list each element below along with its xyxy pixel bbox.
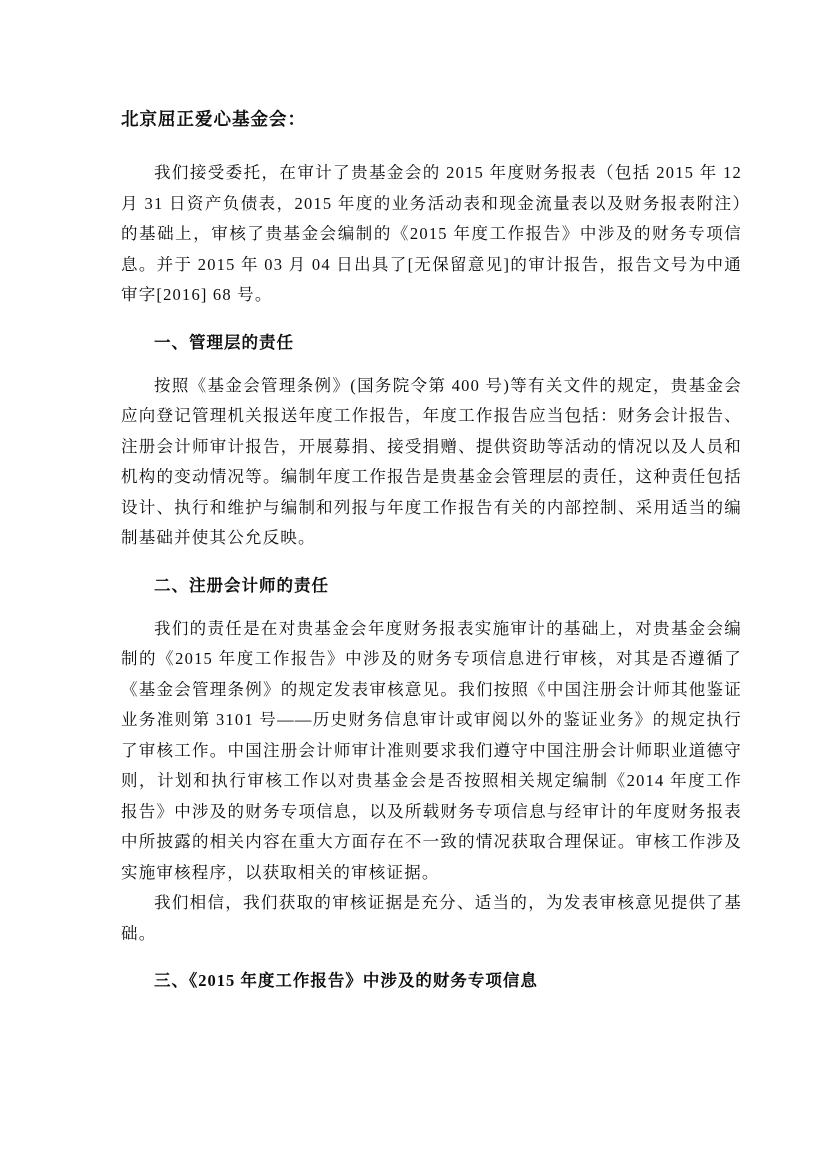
paragraph-audit-evidence-basis: 我们相信，我们获取的审核证据是充分、适当的，为发表审核意见提供了基础。	[121, 888, 742, 949]
section-heading-cpa-responsibility: 二、注册会计师的责任	[121, 571, 742, 601]
document-content: 北京屈正爱心基金会： 我们接受委托，在审计了贵基金会的 2015 年度财务报表（…	[121, 104, 742, 1009]
paragraph-engagement-intro: 我们接受委托，在审计了贵基金会的 2015 年度财务报表（包括 2015 年 1…	[121, 158, 742, 311]
audit-report-page: 北京屈正爱心基金会： 我们接受委托，在审计了贵基金会的 2015 年度财务报表（…	[0, 0, 826, 1169]
document-title: 北京屈正爱心基金会：	[121, 104, 742, 134]
paragraph-cpa-responsibility: 我们的责任是在对贵基金会年度财务报表实施审计的基础上，对贵基金会编制的《2015…	[121, 614, 742, 889]
section-heading-special-financial-information: 三、《2015 年度工作报告》中涉及的财务专项信息	[121, 966, 742, 996]
paragraph-management-responsibility: 按照《基金会管理条例》(国务院令第 400 号)等有关文件的规定，贵基金会应向登…	[121, 371, 742, 554]
section-heading-management-responsibility: 一、管理层的责任	[121, 328, 742, 358]
